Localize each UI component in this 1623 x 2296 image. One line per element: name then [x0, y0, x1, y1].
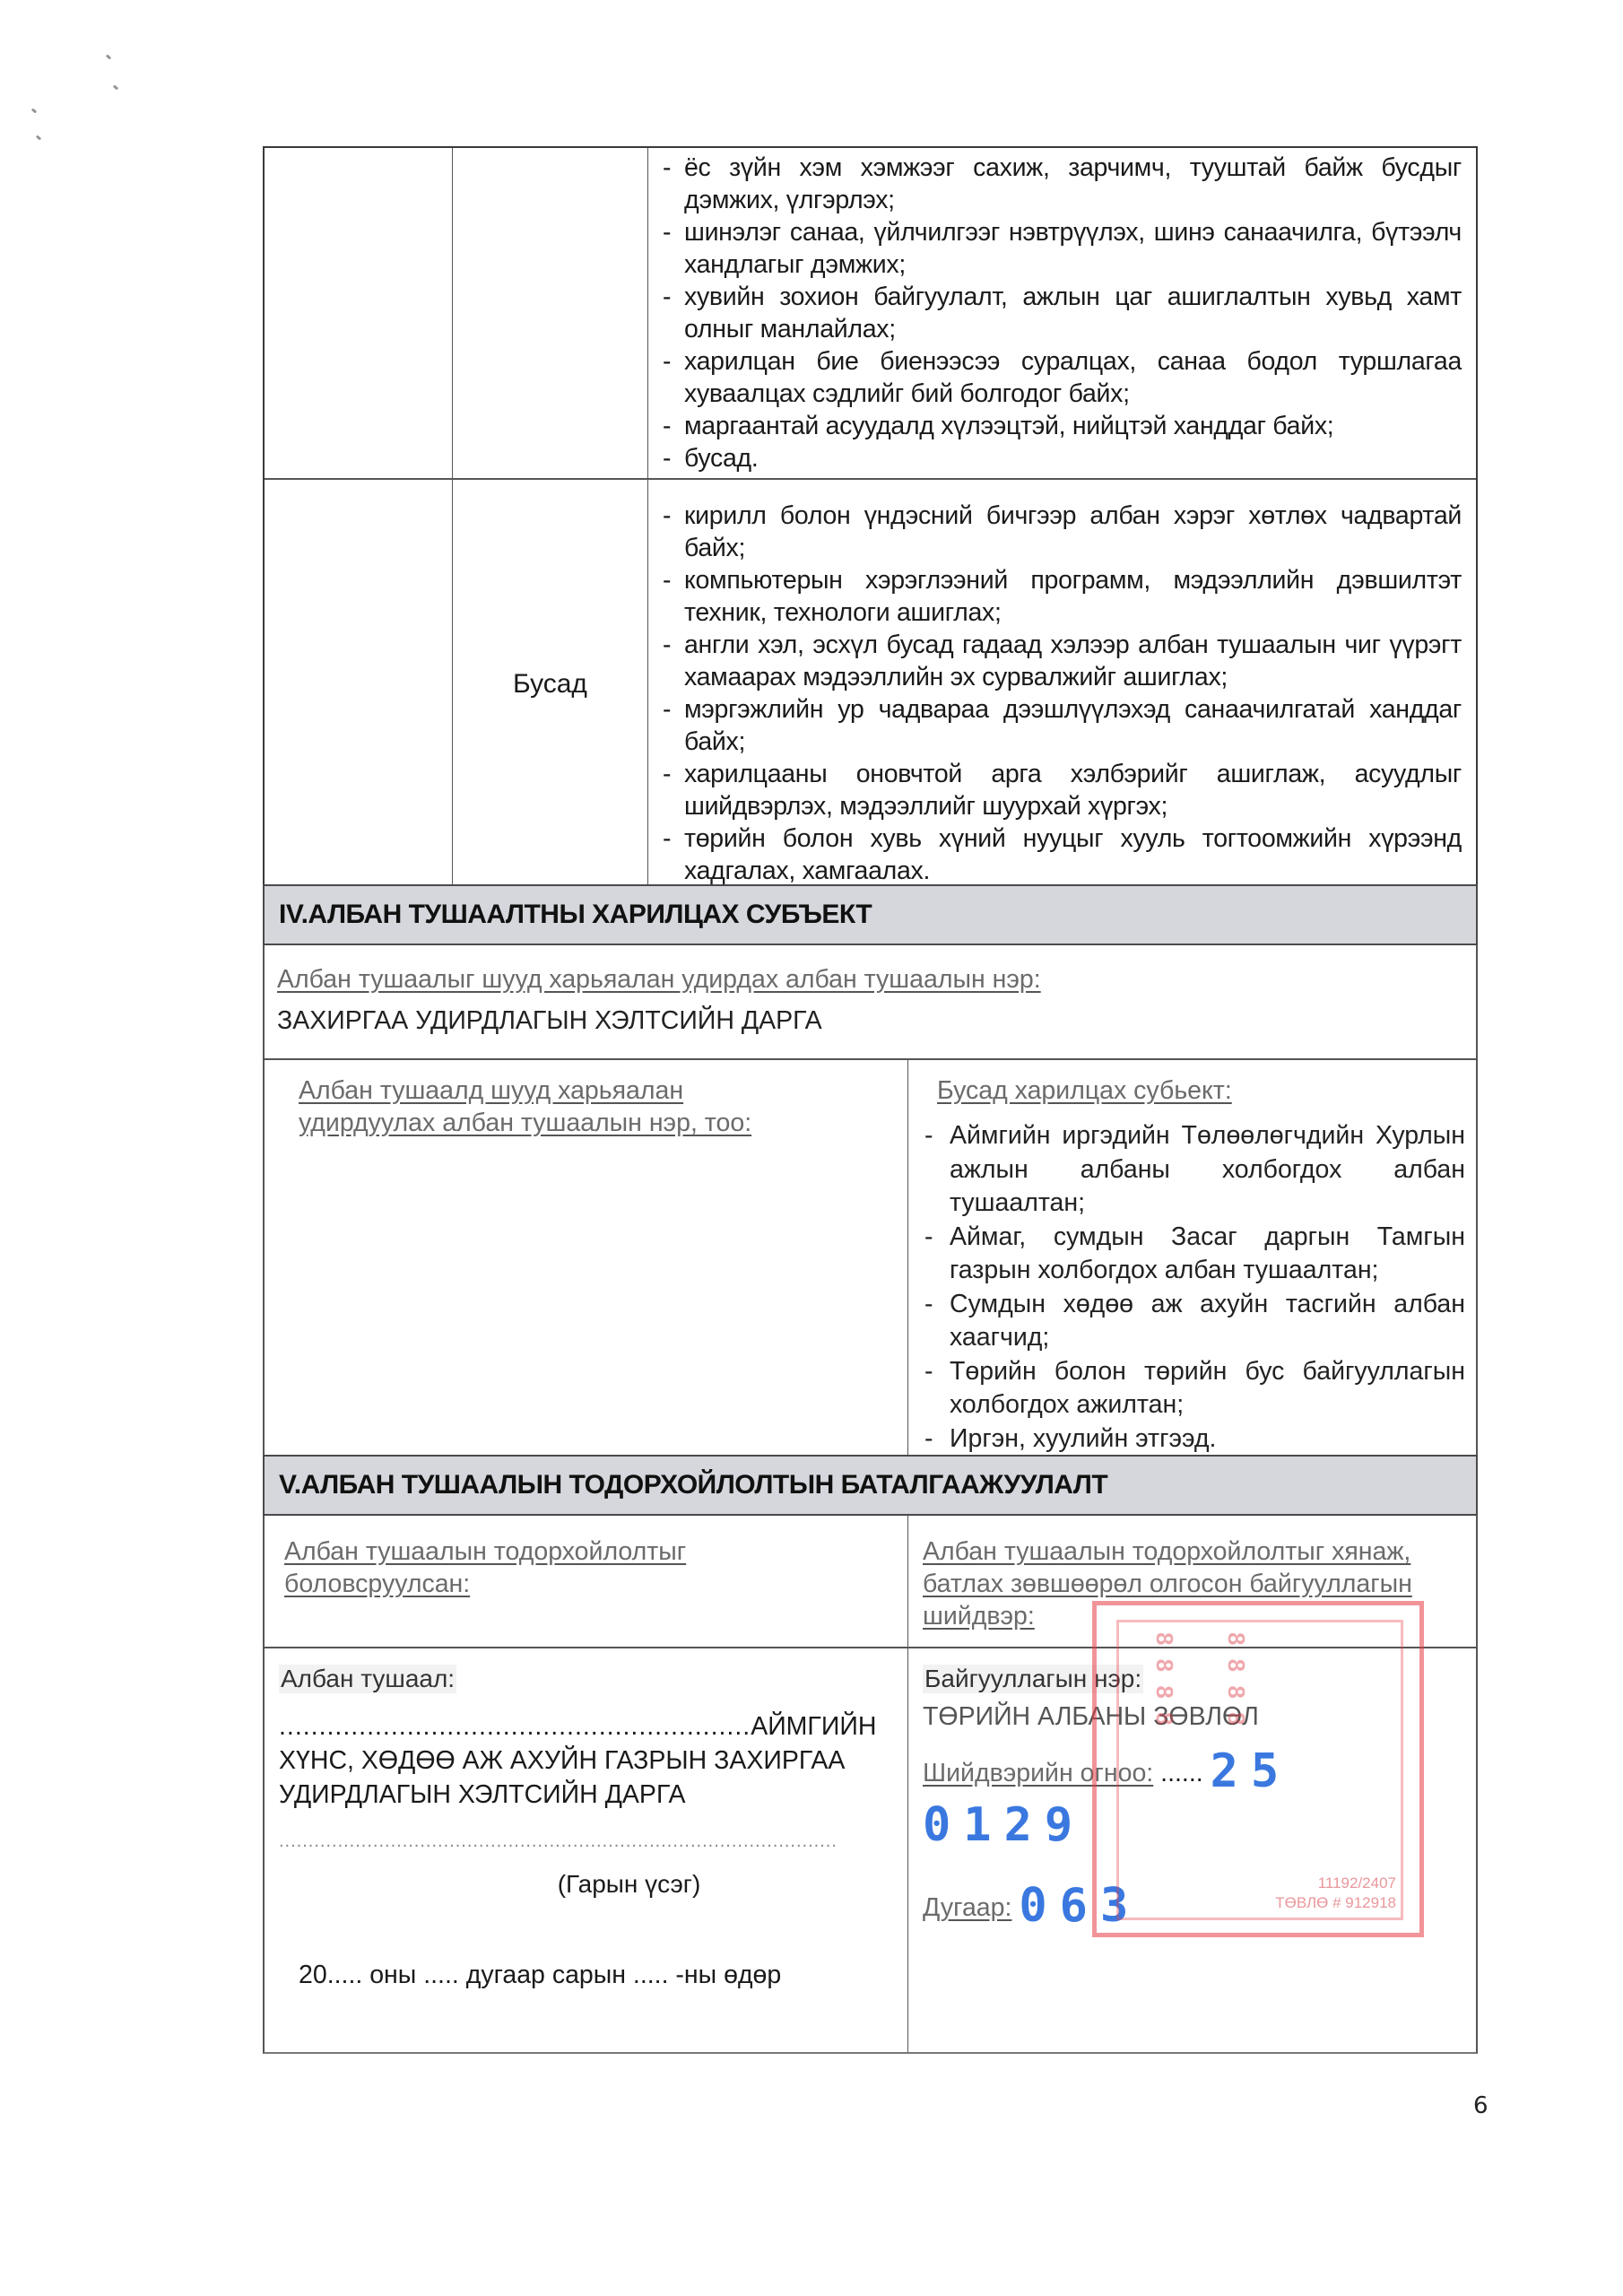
organization-value: ТӨРИЙН АЛБАНЫ ЗӨВЛӨЛ	[923, 1702, 1467, 1732]
scan-speck	[31, 108, 38, 113]
scan-speck	[106, 54, 112, 59]
list-item: Төрийн болон төрийн бус байгууллагын хол…	[923, 1355, 1465, 1422]
position-dots: ........................................…	[279, 1712, 751, 1741]
list-item: компьютерын хэрэглээний программ, мэдээл…	[657, 564, 1462, 629]
decision-number-value: 063	[1019, 1879, 1141, 1933]
superior-position-label: Албан тушаалыг шууд харьяалан удирдах ал…	[277, 963, 1476, 996]
position-label: Албан тушаал:	[279, 1665, 456, 1693]
list-item: бусад.	[657, 442, 1462, 474]
list-item: мэргэжлийн ур чадвараа дээшлүүлэхэд сана…	[657, 693, 1462, 758]
page-number: 6	[1473, 2092, 1488, 2119]
contacts-block: Албан тушаалд шууд харьяалан удирдуулах …	[263, 1060, 1478, 1455]
signature-date-line: 20..... оны ..... дугаар сарын ..... -ны…	[299, 1961, 781, 1990]
approver-details: Байгууллагын нэр: ТӨРИЙН АЛБАНЫ ЗӨВЛӨЛ Ш…	[908, 1648, 1476, 2052]
subordinates-cell: Албан тушаалд шууд харьяалан удирдуулах …	[265, 1060, 908, 1455]
signature-line[interactable]: ........................................…	[279, 1831, 835, 1852]
other-contacts-list: Аймгийн иргэдийн Төлөөлөгчдийн Хурлын аж…	[923, 1119, 1465, 1456]
approved-by-label: Албан тушаалын тодорхойлолтыг хянаж, бат…	[923, 1535, 1467, 1632]
superior-position-block: Албан тушаалыг шууд харьяалан удирдах ал…	[263, 945, 1478, 1060]
list-item: төрийн болон хувь хүний нууцыг хууль тог…	[657, 822, 1462, 887]
decision-date-dots: ......	[1160, 1759, 1203, 1787]
decision-number-label: Дугаар:	[923, 1893, 1011, 1922]
preparer-details: Албан тушаал: ..........................…	[265, 1648, 908, 2052]
prepared-by-label: Албан тушаалын тодорхойлолтыг боловсруул…	[284, 1535, 733, 1600]
list-item: харилцан бие биенээсээ суралцах, санаа б…	[657, 345, 1462, 410]
subcategory-cell: Бусад	[453, 480, 648, 888]
decision-date: Шийдвэрийн огноо: ...... 25 0129	[923, 1744, 1467, 1852]
prepared-by-cell: Албан тушаалын тодорхойлолтыг боловсруул…	[265, 1516, 908, 1647]
requirements-list: ёс зүйн хэм хэмжээг сахиж, зарчимч, тууш…	[657, 152, 1462, 474]
category-cell	[265, 148, 453, 478]
list-item: Сумдын хөдөө аж ахуйн тасгийн албан хааг…	[923, 1288, 1465, 1355]
table-row: ёс зүйн хэм хэмжээг сахиж, зарчимч, тууш…	[265, 148, 1476, 480]
subordinates-label: Албан тушаалд шууд харьяалан удирдуулах …	[299, 1074, 765, 1139]
organization-label: Байгууллагын нэр:	[923, 1665, 1143, 1693]
category-cell	[265, 480, 453, 888]
decision-number: Дугаар: 063	[923, 1879, 1467, 1933]
list-item: Иргэн, хуулийн этгээд.	[923, 1422, 1465, 1457]
table-row: Бусад кирилл болон үндэсний бичгээр алба…	[265, 480, 1476, 890]
list-item: хувийн зохион байгуулалт, ажлын цаг ашиг…	[657, 281, 1462, 345]
section-v-heading: V.АЛБАН ТУШААЛЫН ТОДОРХОЙЛОЛТЫН БАТАЛГАА…	[263, 1455, 1478, 1516]
approved-by-cell: Албан тушаалын тодорхойлолтыг хянаж, бат…	[908, 1516, 1476, 1647]
other-contacts-cell: Бусад харилцах субьект: Аймгийн иргэдийн…	[908, 1060, 1476, 1455]
subcategory-cell	[453, 148, 648, 478]
list-item: шинэлэг санаа, үйлчилгээг нэвтрүүлэх, ши…	[657, 216, 1462, 281]
approval-header-row: Албан тушаалын тодорхойлолтыг боловсруул…	[263, 1516, 1478, 1648]
requirements-list: кирилл болон үндэсний бичгээр албан хэрэ…	[657, 500, 1462, 887]
list-item: Аймаг, сумдын Засаг даргын Тамгын газрын…	[923, 1221, 1465, 1288]
list-item: англи хэл, эсхүл бусад гадаад хэлээр алб…	[657, 629, 1462, 693]
list-item: маргаантай асуудалд хүлээцтэй, нийцтэй х…	[657, 410, 1462, 442]
requirements-cell: кирилл болон үндэсний бичгээр албан хэрэ…	[648, 480, 1476, 888]
list-item: Аймгийн иргэдийн Төлөөлөгчдийн Хурлын аж…	[923, 1119, 1465, 1221]
list-item: ёс зүйн хэм хэмжээг сахиж, зарчимч, тууш…	[657, 152, 1462, 216]
requirements-cell: ёс зүйн хэм хэмжээг сахиж, зарчимч, тууш…	[648, 148, 1476, 478]
section-iv-heading: IV.АЛБАН ТУШААЛТНЫ ХАРИЛЦАХ СУБЪЕКТ	[263, 884, 1478, 945]
approval-details-row: Албан тушаал: ..........................…	[263, 1648, 1478, 2054]
position-value-line1: АЙМГИЙН	[751, 1712, 876, 1741]
list-item: харилцааны оновчтой арга хэлбэрийг ашигл…	[657, 758, 1462, 822]
position-value: ........................................…	[279, 1709, 898, 1812]
list-item: кирилл болон үндэсний бичгээр албан хэрэ…	[657, 500, 1462, 564]
other-contacts-label: Бусад харилцах субьект:	[937, 1074, 1232, 1107]
decision-date-label: Шийдвэрийн огноо:	[923, 1759, 1153, 1787]
competency-table: ёс зүйн хэм хэмжээг сахиж, зарчимч, тууш…	[263, 146, 1478, 890]
position-value-line2: ХҮНС, ХӨДӨӨ АЖ АХУЙН ГАЗРЫН ЗАХИРГАА УДИ…	[279, 1746, 845, 1809]
signature-caption: (Гарын үсэг)	[360, 1870, 898, 1899]
scan-speck	[36, 135, 42, 140]
scan-speck	[113, 84, 119, 90]
superior-position-value: ЗАХИРГАА УДИРДЛАГЫН ХЭЛТСИЙН ДАРГА	[277, 1006, 1476, 1036]
